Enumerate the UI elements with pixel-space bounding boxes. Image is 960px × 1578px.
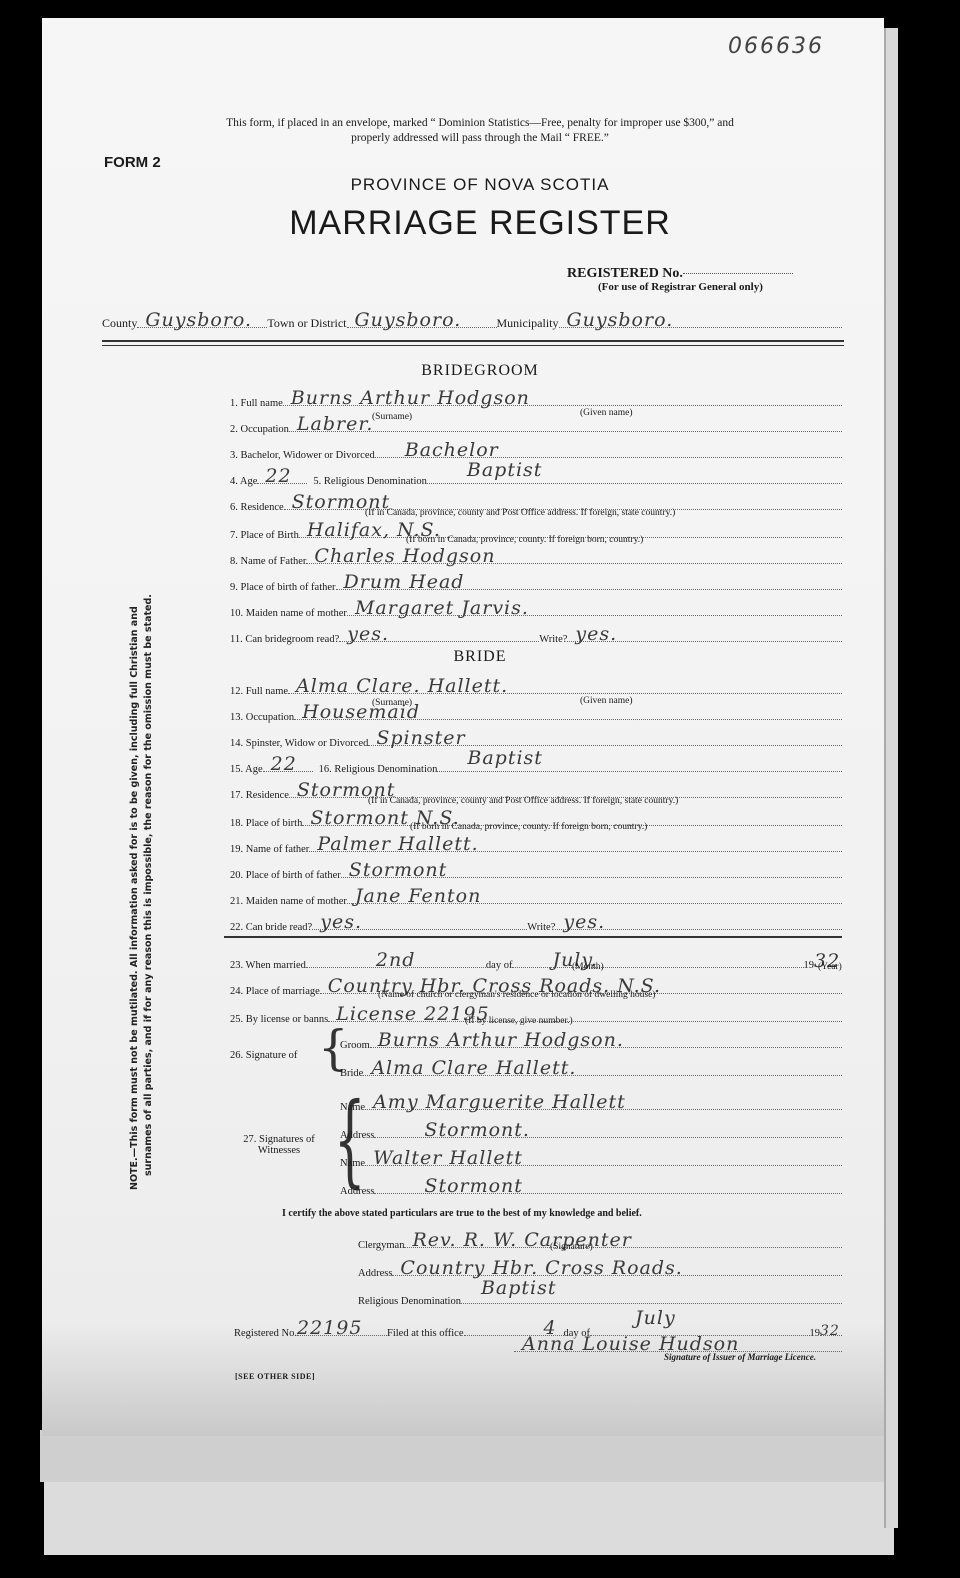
groom-marital-field[interactable]: Bachelor bbox=[375, 456, 842, 458]
groom-father-birthplace-row: 9. Place of birth of father Drum Head bbox=[230, 582, 842, 593]
county-field[interactable]: Guysboro. bbox=[137, 326, 267, 328]
marriage-day-field[interactable]: 2nd bbox=[306, 966, 486, 968]
groom-full-name-field[interactable]: Burns Arthur Hodgson bbox=[283, 404, 842, 406]
clergyman-row: Clergyman Rev. R. W. Carpenter bbox=[358, 1240, 842, 1251]
stamp-number: 066636 bbox=[728, 34, 824, 59]
witness1-address-row: Address Stormont. bbox=[340, 1130, 842, 1141]
clergyman-address-row: Address Country Hbr. Cross Roads. bbox=[358, 1268, 842, 1279]
side-note: NOTE.—This form must not be mutilated. A… bbox=[128, 570, 156, 1190]
groom-father-birthplace-field[interactable]: Drum Head bbox=[336, 588, 842, 590]
bride-religion-field[interactable]: Baptist bbox=[437, 770, 842, 772]
groom-mother-row: 10. Maiden name of mother Margaret Jarvi… bbox=[230, 608, 842, 619]
witness2-name-row: Name Walter Hallett bbox=[340, 1158, 842, 1169]
bride-marital-field[interactable]: Spinster bbox=[368, 744, 842, 746]
groom-father-field[interactable]: Charles Hodgson bbox=[306, 562, 842, 564]
groom-father-row: 8. Name of Father Charles Hodgson bbox=[230, 556, 842, 567]
groom-signature-row: Groom Burns Arthur Hodgson. bbox=[340, 1040, 842, 1051]
divider bbox=[102, 340, 844, 342]
page-title: MARRIAGE REGISTER bbox=[0, 204, 960, 243]
signature-of-label: 26. Signature of bbox=[230, 1050, 297, 1061]
registered-number-value[interactable] bbox=[683, 272, 793, 274]
bride-father-birthplace-row: 20. Place of birth of father Stormont bbox=[230, 870, 842, 881]
groom-write-field[interactable]: yes. bbox=[567, 640, 842, 642]
bride-signature-row: Bride Alma Clare Hallett. bbox=[340, 1068, 842, 1079]
certification-statement: I certify the above stated particulars a… bbox=[282, 1208, 642, 1219]
divider bbox=[102, 345, 844, 346]
witnesses-label: 27. Signatures of Witnesses bbox=[236, 1134, 322, 1156]
clergyman-denomination-row: Religious Denomination Baptist bbox=[358, 1296, 842, 1307]
groom-religion-field[interactable]: Baptist bbox=[427, 482, 842, 484]
groom-age-field[interactable]: 22 bbox=[257, 482, 307, 484]
witness1-name-field[interactable]: Amy Marguerite Hallett bbox=[365, 1108, 842, 1110]
bride-father-row: 19. Name of father Palmer Hallett. bbox=[230, 844, 842, 855]
marriage-month-field[interactable]: July. bbox=[512, 966, 803, 968]
municipality-field[interactable]: Guysboro. bbox=[559, 326, 843, 328]
form-label: FORM 2 bbox=[104, 154, 161, 171]
groom-full-name-row: 1. Full name Burns Arthur Hodgson bbox=[230, 398, 842, 409]
registered-number-field: REGISTERED No. bbox=[567, 266, 793, 282]
bridegroom-heading: BRIDEGROOM bbox=[0, 362, 960, 380]
bride-full-name-row: 12. Full name Alma Clare. Hallett. bbox=[230, 686, 842, 697]
bride-signature-field[interactable]: Alma Clare Hallett. bbox=[363, 1074, 842, 1076]
bride-occupation-field[interactable]: Housemaid bbox=[294, 718, 842, 720]
groom-age-row: 4. Age 22 5. Religious Denomination Bapt… bbox=[230, 476, 842, 487]
location-row: County Guysboro. Town or District Guysbo… bbox=[102, 316, 842, 331]
postal-notice: This form, if placed in an envelope, mar… bbox=[150, 116, 810, 146]
when-married-row: 23. When married 2nd day of July. 19 32 bbox=[230, 960, 842, 971]
divider bbox=[224, 936, 842, 938]
bride-read-field[interactable]: yes. bbox=[312, 928, 527, 930]
see-other-side: [SEE OTHER SIDE] bbox=[235, 1372, 315, 1381]
province-heading: PROVINCE OF NOVA SCOTIA bbox=[0, 175, 960, 195]
page-edge bbox=[884, 28, 898, 1528]
bride-literacy-row: 22. Can bride read? yes. Write? yes. bbox=[230, 922, 842, 933]
bride-age-row: 15. Age 22 16. Religious Denomination Ba… bbox=[230, 764, 842, 775]
clergyman-address-field[interactable]: Country Hbr. Cross Roads. bbox=[392, 1274, 842, 1276]
witness2-name-field[interactable]: Walter Hallett bbox=[365, 1164, 842, 1166]
bride-father-field[interactable]: Palmer Hallett. bbox=[309, 850, 842, 852]
issuer-label: Signature of Issuer of Marriage Licence. bbox=[664, 1352, 816, 1362]
groom-occupation-row: 2. Occupation Labrer. bbox=[230, 424, 842, 435]
filing-year-field[interactable]: 32 bbox=[820, 1334, 842, 1336]
bride-write-field[interactable]: yes. bbox=[555, 928, 842, 930]
bride-father-birthplace-field[interactable]: Stormont bbox=[341, 876, 842, 878]
license-field[interactable]: License 22195 bbox=[328, 1020, 842, 1022]
registrar-note: (For use of Registrar General only) bbox=[598, 281, 763, 293]
town-field[interactable]: Guysboro. bbox=[347, 326, 497, 328]
witness1-name-row: Name Amy Marguerite Hallett bbox=[340, 1102, 842, 1113]
bride-full-name-field[interactable]: Alma Clare. Hallett. bbox=[288, 692, 842, 694]
groom-literacy-row: 11. Can bridegroom read? yes. Write? yes… bbox=[230, 634, 842, 645]
witness1-address-field[interactable]: Stormont. bbox=[374, 1136, 842, 1138]
witness2-address-field[interactable]: Stormont bbox=[374, 1192, 842, 1194]
clergyman-signature-field[interactable]: Rev. R. W. Carpenter bbox=[404, 1246, 842, 1248]
bride-occupation-row: 13. Occupation Housemaid bbox=[230, 712, 842, 723]
bride-mother-field[interactable]: Jane Fenton bbox=[347, 902, 842, 904]
clergyman-denomination-field[interactable]: Baptist bbox=[461, 1302, 842, 1304]
groom-signature-field[interactable]: Burns Arthur Hodgson. bbox=[370, 1046, 842, 1048]
groom-mother-field[interactable]: Margaret Jarvis. bbox=[347, 614, 842, 616]
underlying-sheet bbox=[40, 1430, 895, 1482]
witness2-address-row: Address Stormont bbox=[340, 1186, 842, 1197]
bride-mother-row: 21. Maiden name of mother Jane Fenton bbox=[230, 896, 842, 907]
groom-read-field[interactable]: yes. bbox=[339, 640, 539, 642]
groom-occupation-field[interactable]: Labrer. bbox=[289, 430, 842, 432]
filing-registered-number-field[interactable]: 22195 bbox=[297, 1334, 387, 1336]
bride-age-field[interactable]: 22 bbox=[263, 770, 313, 772]
